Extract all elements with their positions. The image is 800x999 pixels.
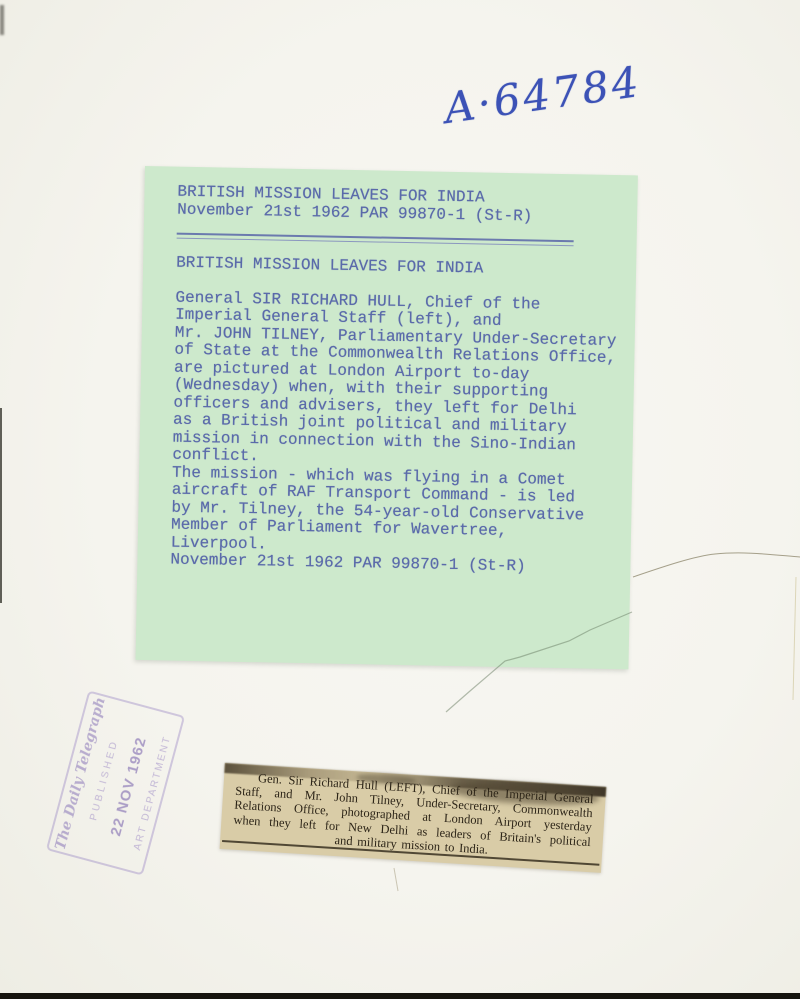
press-photo-verso: A·64784 BRITISH MISSION LEAVES FOR INDIA… — [0, 0, 800, 999]
caption-title: BRITISH MISSION LEAVES FOR INDIA — [176, 255, 636, 281]
photo-bottom-edge — [0, 993, 800, 999]
photo-corner-smudge — [0, 5, 4, 35]
clipping-caption-text: Gen. Sir Richard Hull (LEFT), Chief of t… — [220, 763, 606, 864]
art-department-date-stamp: The Daily Telegraph PUBLISHED 22 NOV 196… — [46, 690, 185, 875]
newspaper-clipping: Gen. Sir Richard Hull (LEFT), Chief of t… — [220, 763, 607, 873]
typed-divider-rule — [177, 233, 574, 247]
photo-left-edge-shadow — [0, 408, 2, 603]
handwritten-reference-number: A·64784 — [441, 51, 685, 133]
typed-caption-label: BRITISH MISSION LEAVES FOR INDIA Novembe… — [136, 166, 638, 669]
